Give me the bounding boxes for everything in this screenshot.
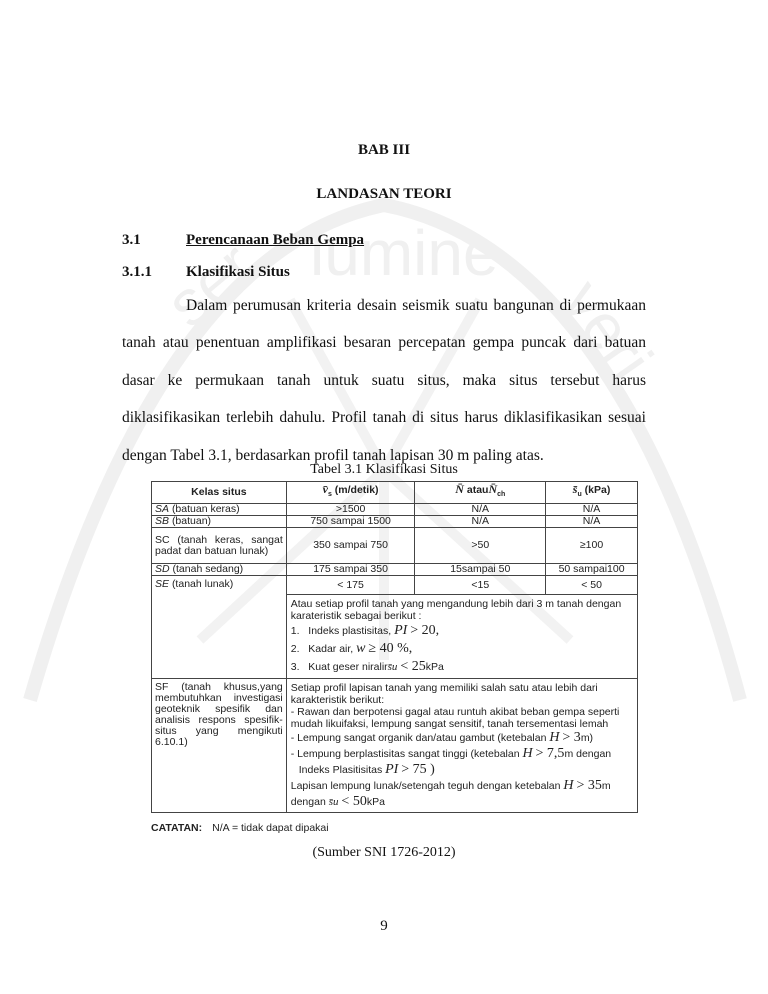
vs-cell: >1500: [286, 504, 415, 516]
table-source: (Sumber SNI 1726-2012): [0, 845, 768, 861]
n-cell: 15sampai 50: [415, 564, 546, 576]
paragraph-line: Dalam perumusan kriteria desain seismik …: [186, 297, 646, 315]
sf-intro: Setiap profil lapisan tanah yang memilik…: [291, 682, 633, 706]
sf-bullet: - Lempung berplastisitas sangat tinggi (…: [291, 746, 633, 762]
se-extra-intro: Atau setiap profil tanah yang mengandung…: [291, 598, 633, 622]
section-number: 3.1: [122, 232, 141, 249]
sf-criteria: Setiap profil lapisan tanah yang memilik…: [286, 679, 637, 813]
table-row: SB (batuan) 750 sampai 1500 N/A N/A: [152, 516, 638, 528]
site-class-cell: SA (batuan keras): [152, 504, 287, 516]
sf-last-criterion-cont: dengan s̄u < 50kPa: [291, 794, 633, 810]
paragraph-line: dasar ke permukaan tanah untuk suatu sit…: [122, 372, 646, 390]
sf-site-class-cell: SF (tanah khusus,yang membutuhkan invest…: [152, 679, 287, 813]
vs-cell: < 175: [286, 576, 415, 595]
su-cell: N/A: [546, 516, 638, 528]
table-row: SA (batuan keras) >1500 N/A N/A: [152, 504, 638, 516]
vs-cell: 350 sampai 750: [286, 528, 415, 564]
table-caption: Tabel 3.1 Klasifikasi Situs: [0, 462, 768, 478]
se-criterion: 1. Indeks plastisitas, PI > 20,: [291, 622, 633, 640]
site-class-cell: SB (batuan): [152, 516, 287, 528]
paragraph-line: diklasifikasikan terlebih dahulu. Profil…: [122, 409, 646, 427]
header-undrained-shear: s̄u (kPa): [546, 482, 638, 504]
subsection-number: 3.1.1: [122, 264, 152, 281]
svg-text:lumine: lumine: [310, 217, 499, 289]
chapter-label: BAB III: [0, 142, 768, 159]
se-extra-criteria: Atau setiap profil tanah yang mengandung…: [286, 595, 637, 679]
n-cell: N/A: [415, 504, 546, 516]
n-cell: N/A: [415, 516, 546, 528]
header-site-class: Kelas situs: [152, 482, 287, 504]
site-classification-table: Kelas situs v̄s (m/detik) N̄ atauN̄ch s̄…: [151, 481, 638, 813]
table-row: SD (tanah sedang) 175 sampai 350 15sampa…: [152, 564, 638, 576]
se-criterion: 3. Kuat geser niralirs̄u < 25kPa: [291, 658, 633, 676]
sf-last-criterion: Lapisan lempung lunak/setengah teguh den…: [291, 778, 633, 794]
vs-cell: 175 sampai 350: [286, 564, 415, 576]
su-cell: N/A: [546, 504, 638, 516]
site-class-cell: SC (tanah keras, sangat padat dan batuan…: [152, 528, 287, 564]
note-text: N/A = tidak dapat dipakai: [212, 822, 328, 834]
vs-cell: 750 sampai 1500: [286, 516, 415, 528]
su-cell: 50 sampai100: [546, 564, 638, 576]
se-criterion: 2. Kadar air, w ≥ 40 %,: [291, 640, 633, 658]
header-shear-velocity: v̄s (m/detik): [286, 482, 415, 504]
table-note: CATATAN:N/A = tidak dapat dipakai: [151, 822, 329, 834]
paragraph-line: tanah atau penentuan amplifikasi besaran…: [122, 334, 646, 352]
chapter-title: LANDASAN TEORI: [0, 186, 768, 203]
table-row: SE (tanah lunak) < 175 <15 < 50: [152, 576, 638, 595]
site-class-cell: SD (tanah sedang): [152, 564, 287, 576]
page-number: 9: [0, 918, 768, 935]
subsection-title: Klasifikasi Situs: [186, 264, 290, 281]
site-class-cell: SE (tanah lunak): [152, 576, 287, 679]
su-cell: ≥100: [546, 528, 638, 564]
n-cell: >50: [415, 528, 546, 564]
sf-bullet: - Rawan dan berpotensi gagal atau runtuh…: [291, 706, 633, 730]
table-row: SC (tanah keras, sangat padat dan batuan…: [152, 528, 638, 564]
section-title: Perencanaan Beban Gempa: [186, 232, 364, 249]
header-spt: N̄ atauN̄ch: [415, 482, 546, 504]
table-row-sf: SF (tanah khusus,yang membutuhkan invest…: [152, 679, 638, 813]
sf-bullet: - Lempung sangat organik dan/atau gambut…: [291, 730, 633, 746]
sf-bullet-continuation: Indeks Plasitisitas PI > 75 ): [291, 762, 633, 778]
su-cell: < 50: [546, 576, 638, 595]
n-cell: <15: [415, 576, 546, 595]
table-header-row: Kelas situs v̄s (m/detik) N̄ atauN̄ch s̄…: [152, 482, 638, 504]
note-label: CATATAN:: [151, 822, 202, 834]
